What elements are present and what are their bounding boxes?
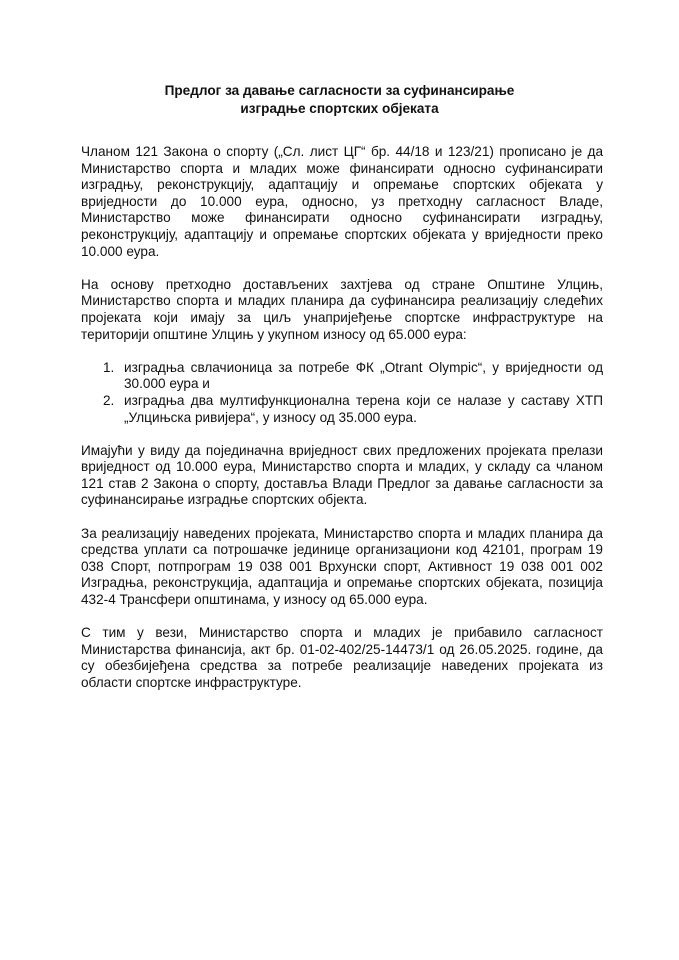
document-title: Предлог за давање сагласности за суфинан… [0, 82, 679, 118]
paragraph-finance-approval: С тим у вези, Министарство спорта и млад… [81, 625, 603, 691]
project-list: 1. изградња свлачионица за потребе ФК „O… [81, 360, 603, 426]
title-line-2: изградње спортских објеката [0, 100, 679, 118]
title-line-1: Предлог за давање сагласности за суфинан… [0, 82, 679, 100]
list-item: 1. изградња свлачионица за потребе ФК „O… [81, 360, 603, 393]
document-page: Предлог за давање сагласности за суфинан… [0, 0, 679, 960]
paragraph-submission: Имајући у виду да појединачна вриједност… [81, 443, 603, 509]
list-item-text: изградња два мултифункционална терена ко… [124, 393, 603, 425]
paragraph-funding-source: За реализацију наведених пројеката, Мини… [81, 526, 603, 609]
list-item-number: 1. [103, 360, 114, 377]
document-body: Чланом 121 Закона о спорту („Сл. лист ЦГ… [81, 144, 603, 708]
list-item-text: изградња свлачионица за потребе ФК „Otra… [124, 360, 603, 392]
list-item-number: 2. [103, 393, 114, 410]
list-item: 2. изградња два мултифункционална терена… [81, 393, 603, 426]
paragraph-legal-basis: Чланом 121 Закона о спорту („Сл. лист ЦГ… [81, 144, 603, 260]
paragraph-request: На основу претходно достављених захтјева… [81, 277, 603, 343]
